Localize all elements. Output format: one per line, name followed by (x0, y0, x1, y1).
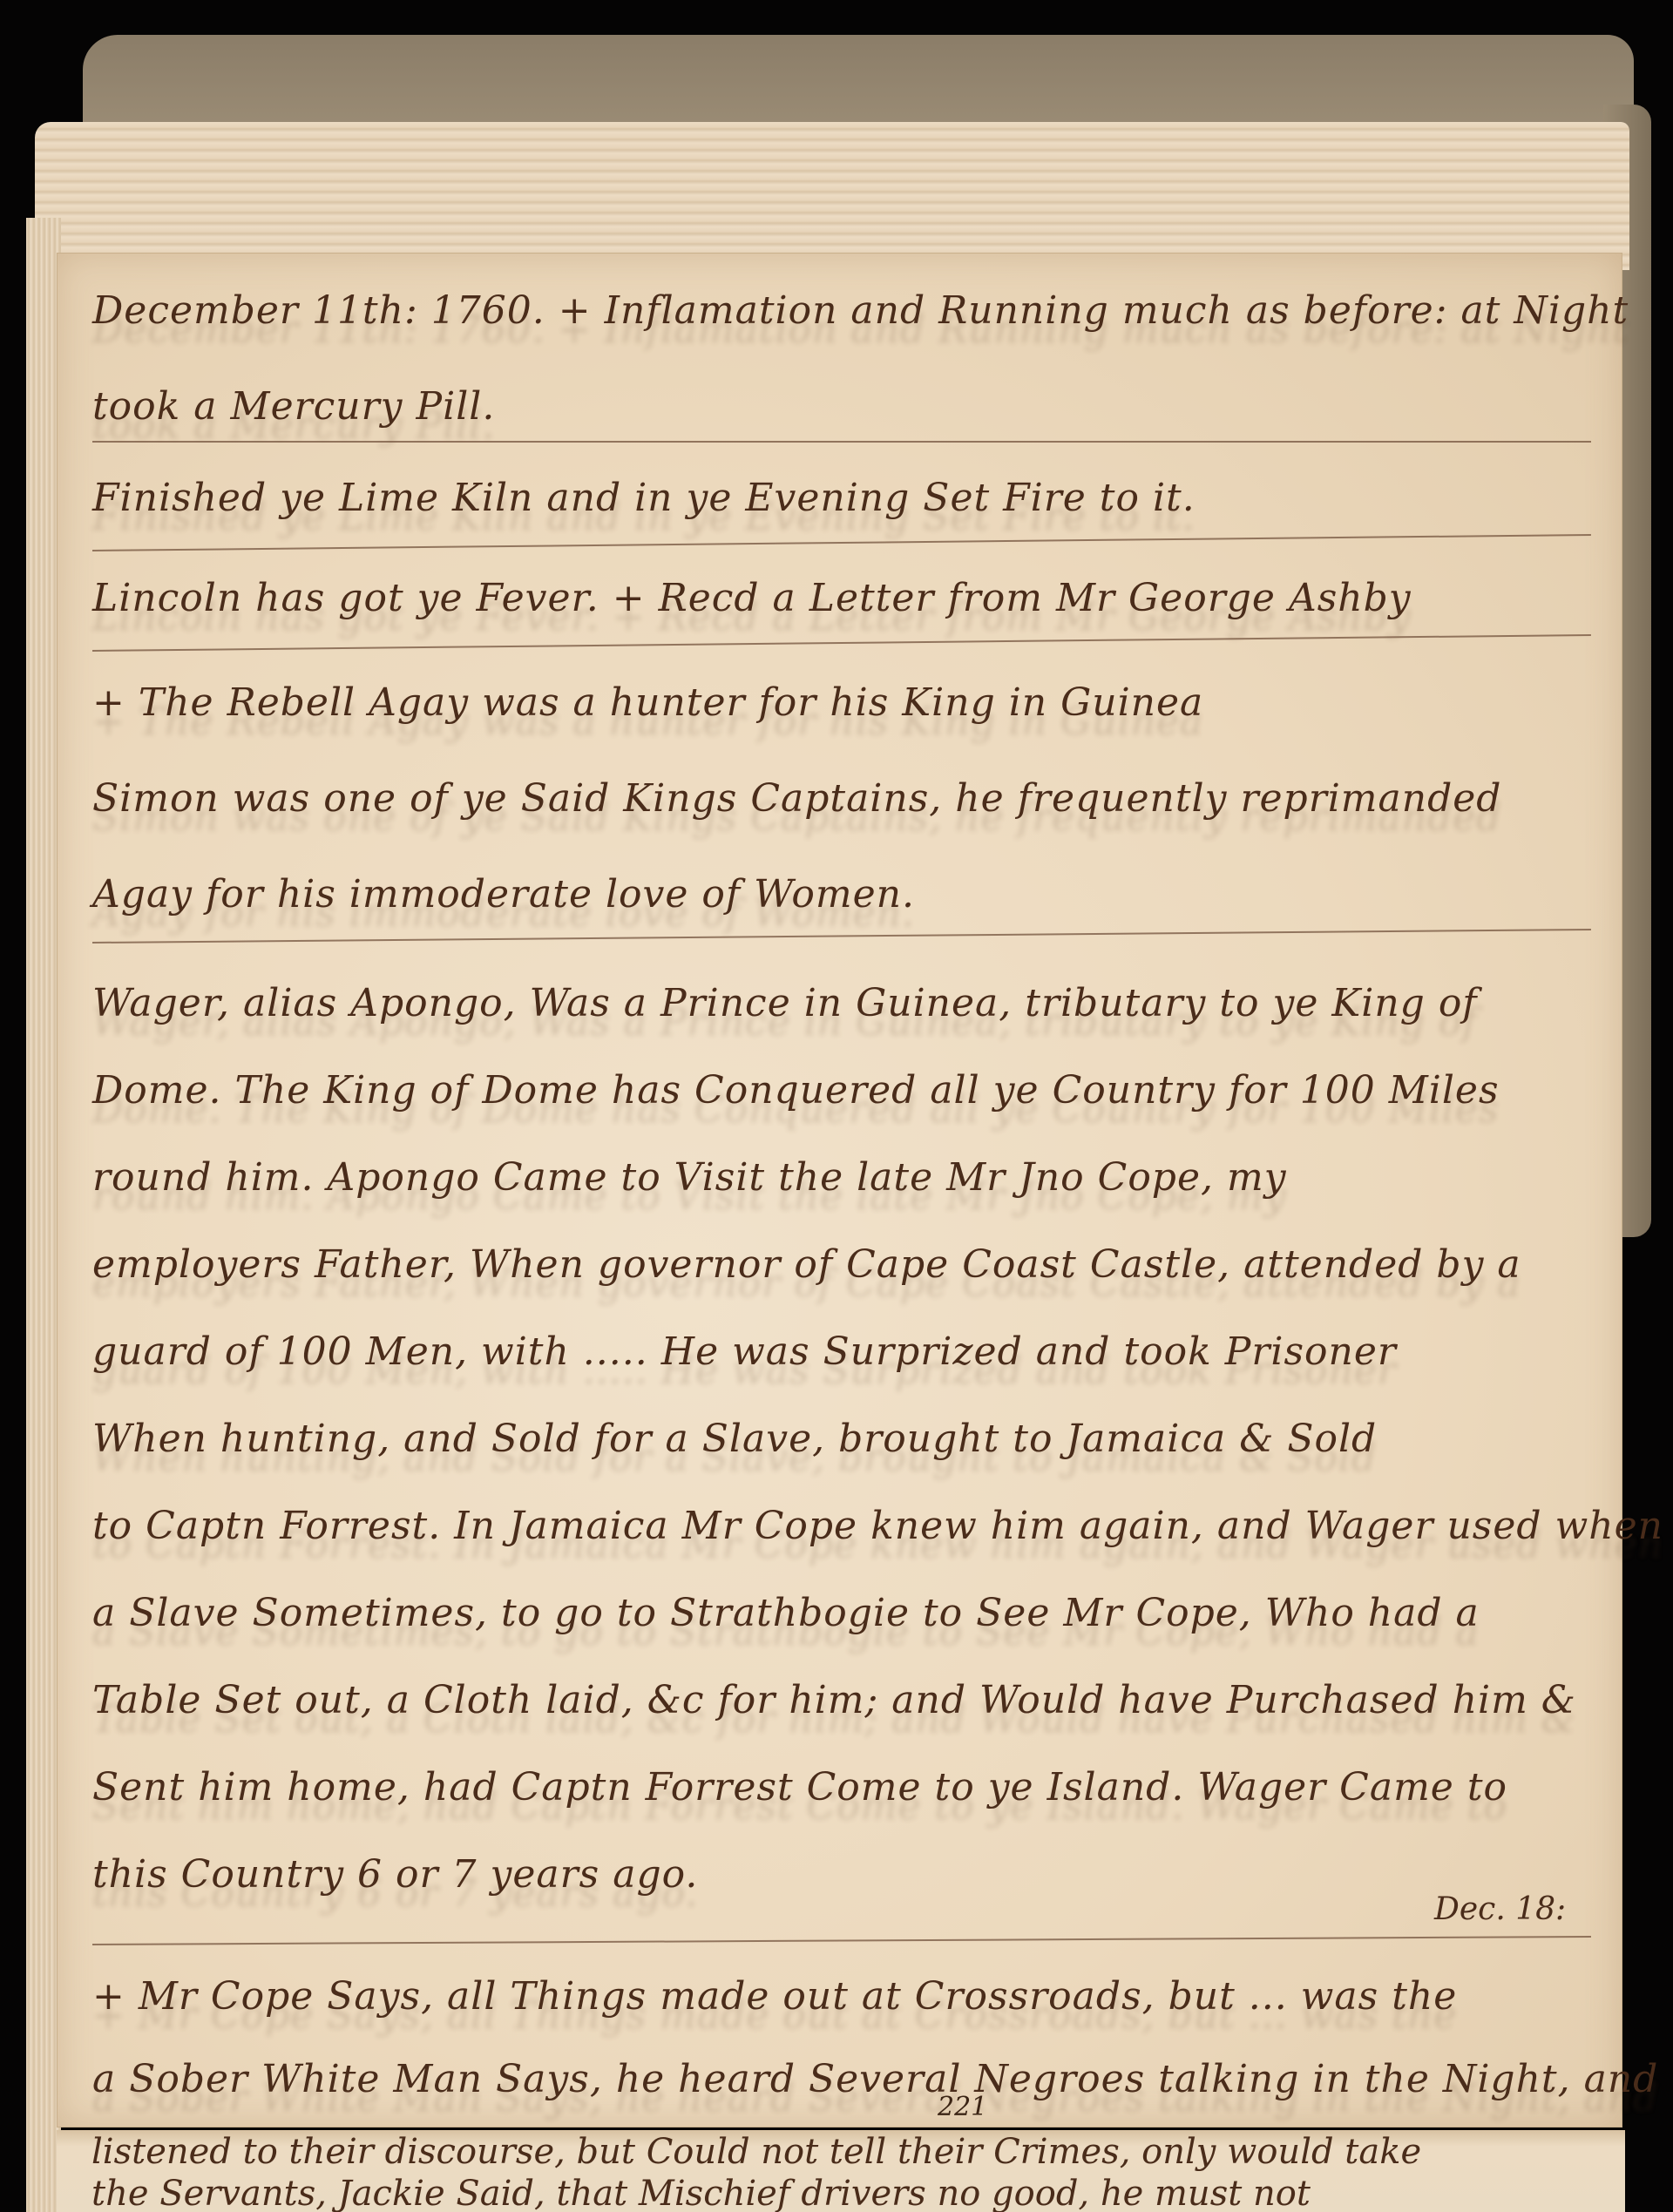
divider-rule (92, 1936, 1591, 1945)
manuscript-page: December 11th: 1760. + Inflamation and R… (57, 253, 1622, 2127)
entry-line: + The Rebell Agay was a hunter for his K… (92, 680, 1587, 725)
entry-line: Sent him home, had Captn Forrest Come to… (92, 1765, 1587, 1810)
folio-number: 221 (938, 2092, 987, 2122)
entry-line: this Country 6 or 7 years ago. (92, 1852, 1587, 1897)
divider-rule (92, 929, 1591, 944)
entry-line: + Mr Cope Says, all Things made out at C… (92, 1974, 1587, 2019)
page-stack-top (35, 122, 1629, 270)
entry-line: Lincoln has got ye Fever. + Recd a Lette… (92, 576, 1587, 620)
entry-line: took a Mercury Pill. (92, 384, 1587, 429)
entry-line: Dome. The King of Dome has Conquered all… (92, 1068, 1587, 1113)
entry-line: Simon was one of ye Said Kings Captains,… (92, 776, 1587, 821)
entry-line: When hunting, and Sold for a Slave, brou… (92, 1417, 1587, 1461)
entry-line: Finished ye Lime Kiln and in ye Evening … (92, 476, 1587, 520)
entry-line: Agay for his immoderate love of Women. (92, 872, 1587, 917)
divider-rule (92, 441, 1591, 443)
entry-line: employers Father, When governor of Cape … (92, 1242, 1587, 1287)
entry-line: round him. Apongo Came to Visit the late… (92, 1155, 1587, 1200)
page-stack-left (26, 218, 61, 2212)
entry-line: Table Set out, a Cloth laid, &c for him;… (92, 1678, 1587, 1722)
next-page-line: the Servants, Jackie Said, that Mischief… (91, 2174, 1311, 2212)
entry-line: guard of 100 Men, with ..... He was Surp… (92, 1329, 1587, 1374)
entry-line: to Captn Forrest. In Jamaica Mr Cope kne… (92, 1504, 1587, 1548)
date-margin-note: Dec. 18: (1434, 1891, 1566, 1927)
entry-line: a Sober White Man Says, he heard Several… (92, 2057, 1587, 2101)
divider-rule (92, 634, 1591, 652)
next-page-edge: listened to their discourse, but Could n… (57, 2130, 1625, 2212)
entry-line: a Slave Sometimes, to go to Strathbogie … (92, 1591, 1587, 1635)
entry-line: December 11th: 1760. + Inflamation and R… (92, 288, 1587, 333)
next-page-line: listened to their discourse, but Could n… (91, 2132, 1421, 2172)
entry-line: Wager, alias Apongo, Was a Prince in Gui… (92, 981, 1587, 1025)
divider-rule (92, 534, 1591, 551)
